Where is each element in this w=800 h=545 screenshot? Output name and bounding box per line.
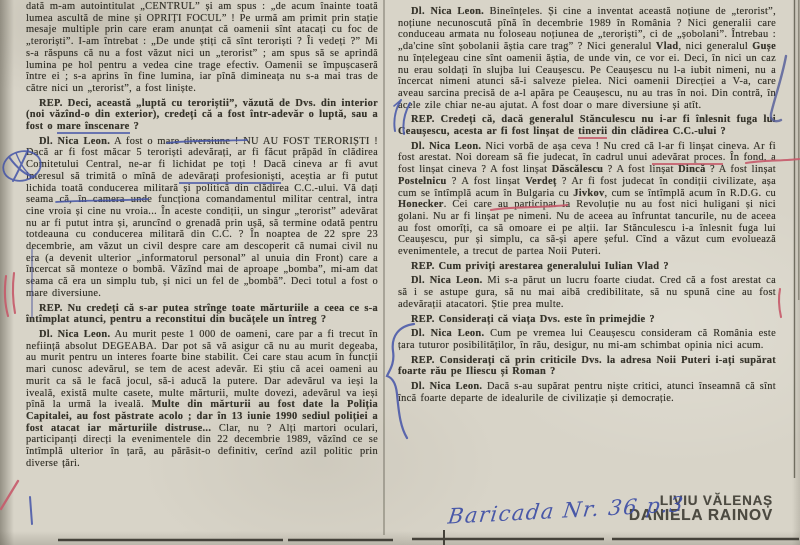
text-run: tinerii: [578, 126, 607, 137]
text-run: Dl. Nica Leon.: [411, 381, 482, 392]
text-run: Gușe: [752, 41, 776, 52]
text-run: Au murit peste 1 000 de oameni, care par…: [26, 329, 378, 410]
text-run: Postelnicu: [398, 176, 447, 187]
text-run: Dl. Nica Leon.: [411, 275, 483, 286]
text-run: Dl. Nica Leon.: [39, 329, 110, 340]
text-run: adevărat proces: [652, 152, 723, 163]
bottom-left-diagonal-mark: [1, 481, 18, 509]
margin-double-stroke-mark: [5, 273, 15, 316]
paragraph: REP. Considerați că prin criticile Dvs. …: [398, 355, 776, 378]
text-run: Jivkov: [573, 188, 604, 199]
text-run: Vlad: [656, 41, 679, 52]
text-run: , nici generalul: [679, 41, 753, 52]
text-run: , cum se întîmplă acum în R.D.G. cu: [605, 188, 777, 199]
text-run: Dl. Nica Leon.: [411, 141, 481, 152]
paragraph: Dl. Nica Leon. Bineînțeles. Și cine a in…: [398, 6, 776, 111]
text-run: adevărați profesioniști: [179, 171, 282, 182]
paragraph: Dl. Nica Leon. Dacă s-au supărat pentru …: [398, 381, 776, 404]
text-run: din clădirea C.C.-ului ?: [607, 126, 726, 137]
text-run: nu înțelegeau cine sînt oamenii ăștia, d…: [398, 53, 776, 111]
text-run: Dl. Nica Leon.: [39, 136, 110, 147]
scanned-page: dată m-am autointitulat „CENTRUL” și am …: [0, 0, 800, 545]
paragraph: Dl. Nica Leon. Mi s-a părut un lucru foa…: [398, 275, 776, 310]
text-run: Dincă: [678, 164, 705, 175]
text-run: mare înscenare: [57, 121, 130, 132]
text-run: ? A fost linșat: [603, 164, 678, 175]
text-run: . Cei care au participat la Revoluție nu…: [398, 199, 776, 257]
text-run: REP. Considerați că viața Dvs. este în p…: [411, 314, 655, 325]
text-run: Honecker: [398, 199, 444, 210]
text-run: Dl. Nica Leon.: [411, 328, 484, 339]
paragraph: REP. Deci, această „luptă cu teroriștii”…: [26, 98, 378, 133]
paragraph: REP. Cum priviți arestarea generalului I…: [398, 261, 776, 273]
right-text-column: Dl. Nica Leon. Bineînțeles. Și cine a in…: [398, 6, 776, 484]
right-margin-red-stroke: [779, 289, 781, 317]
text-run: ? A fost linșat: [447, 176, 526, 187]
paragraph: Dl. Nica Leon. Au murit peste 1 000 de o…: [26, 329, 378, 469]
text-run: ? A fost linșat: [706, 164, 776, 175]
text-run: REP. Nu credeți că s-ar putea strînge to…: [26, 303, 378, 326]
paragraph: REP. Considerați că viața Dvs. este în p…: [398, 314, 776, 326]
text-run: Dl. Nica Leon.: [411, 6, 484, 17]
text-run: , aceștia ar fi putut lichida toată cond…: [26, 171, 378, 299]
paragraph: dată m-am autointitulat „CENTRUL” și am …: [26, 1, 378, 95]
paragraph: Dl. Nica Leon. Cum pe vremea lui Ceaușes…: [398, 328, 776, 351]
text-run: REP. Considerați că prin criticile Dvs. …: [398, 355, 776, 378]
paragraph: REP. Credeți că, dacă generalul Stăncule…: [398, 114, 776, 137]
left-text-column: dată m-am autointitulat „CENTRUL” și am …: [26, 1, 378, 543]
text-run: REP. Cum priviți arestarea generalului I…: [411, 261, 669, 272]
paragraph: Dl. Nica Leon. A fost o mare diversiune …: [26, 136, 378, 300]
paragraph: Dl. Nica Leon. Nici vorbă de așa ceva ! …: [398, 141, 776, 258]
text-run: Verdeț: [525, 176, 556, 187]
text-run: dată m-am autointitulat „CENTRUL” și am …: [26, 1, 378, 94]
text-run: Dăscălescu: [552, 164, 603, 175]
text-run: ?: [130, 121, 140, 132]
paragraph: REP. Nu credeți că s-ar putea strînge to…: [26, 303, 378, 326]
